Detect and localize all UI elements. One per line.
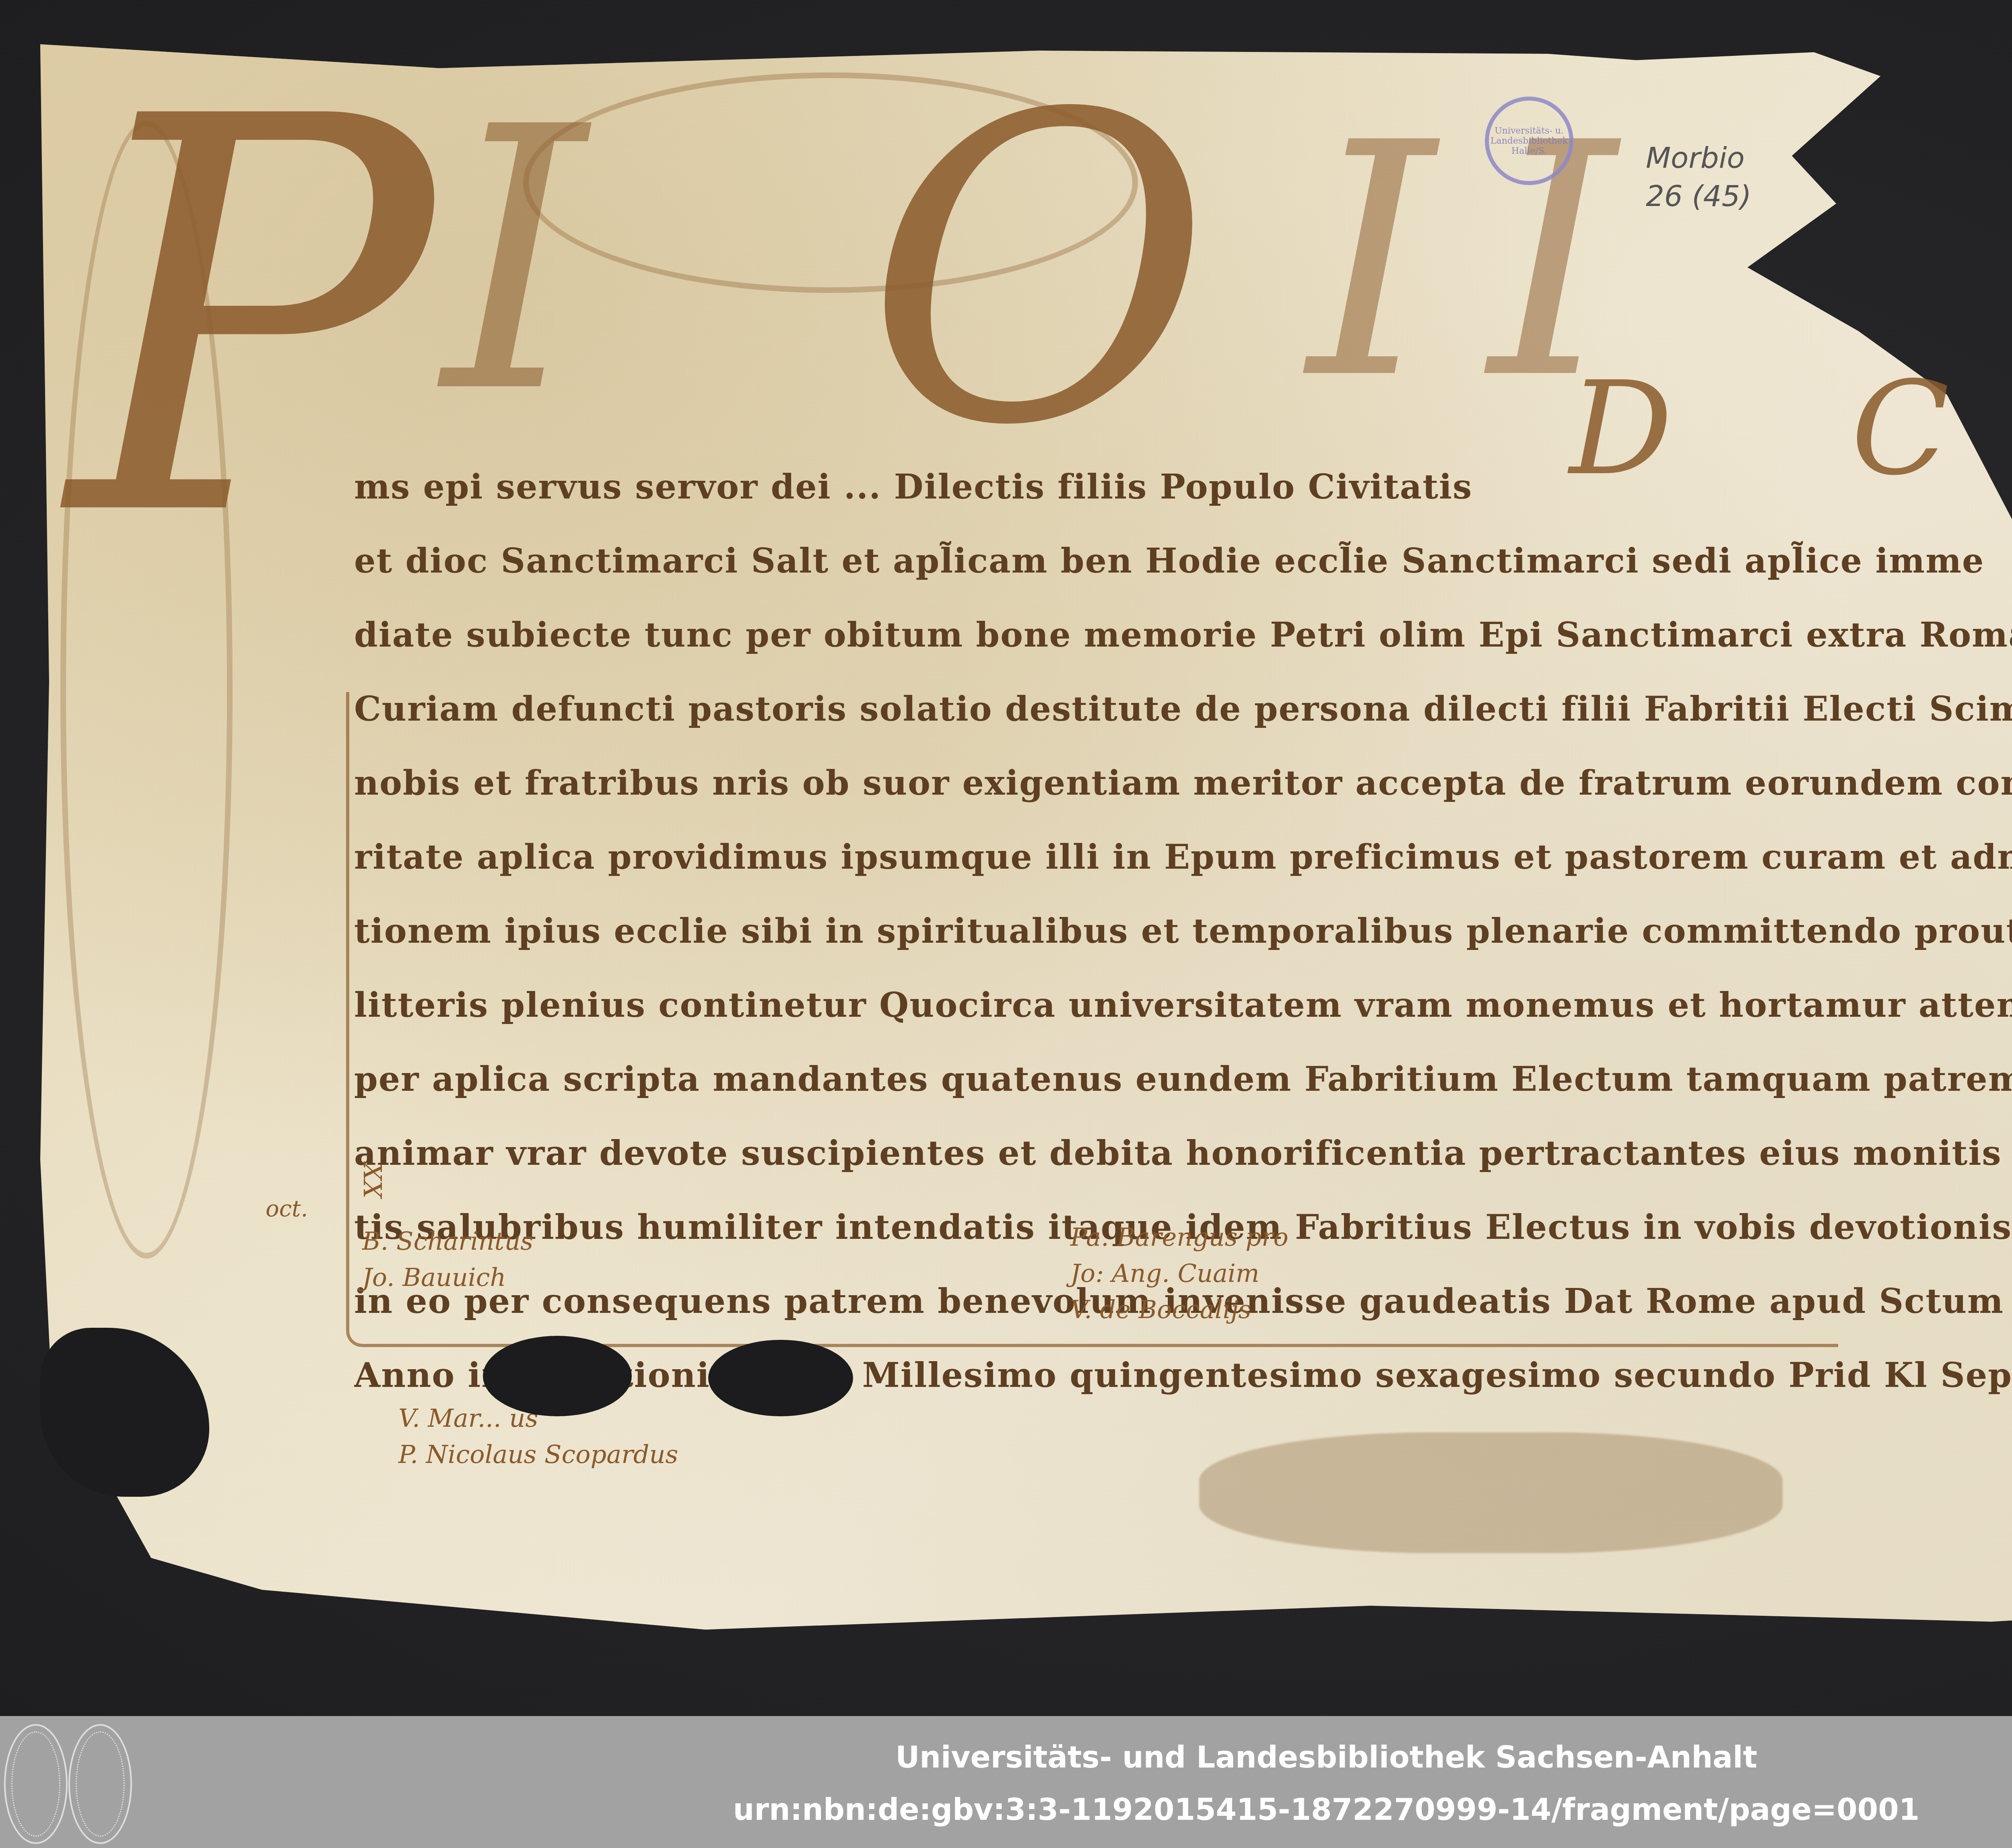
- text-line: ms epi servus servor dei ... Dilectis fi…: [354, 467, 2012, 541]
- library-stamp: Universitäts- u. Landesbibliothek Halle/…: [1485, 97, 1573, 185]
- signature-block-left: B. Scharintus Jo. Bauuich: [362, 1223, 533, 1296]
- shelfmark-line-2: 26 (45): [1646, 177, 1751, 215]
- flourish-ornament: [523, 72, 1138, 293]
- institution-name: Universitäts- und Landesbibliothek Sachs…: [0, 1740, 2012, 1775]
- signature-block-center: Pa. Barengus pro Jo: Ang. Cuaim V. de Bo…: [1070, 1219, 1288, 1328]
- seal-hole-left: [483, 1336, 632, 1416]
- text-line: et dioc Sanctimarci Salt et apl̃icam ben…: [354, 541, 2012, 615]
- flourish-ornament-left: [60, 121, 233, 1259]
- vertical-mark: XX: [354, 1163, 390, 1198]
- margin-note-oct: oct.: [266, 1191, 308, 1227]
- wax-residue: [1199, 1432, 1783, 1553]
- initial-letter-i2: I: [1308, 101, 1435, 422]
- text-line: diate subiecte tunc per obitum bone memo…: [354, 615, 2012, 689]
- seal-hole-right: [708, 1340, 853, 1416]
- viewer-footer: Universitäts- und Landesbibliothek Sachs…: [0, 1716, 2012, 1848]
- urn-identifier: urn:nbn:de:gbv:3:3-1192015415-1872270999…: [0, 1792, 2012, 1827]
- shelfmark-note: Morbio 26 (45): [1646, 139, 1751, 215]
- shelfmark-line-1: Morbio: [1646, 139, 1751, 177]
